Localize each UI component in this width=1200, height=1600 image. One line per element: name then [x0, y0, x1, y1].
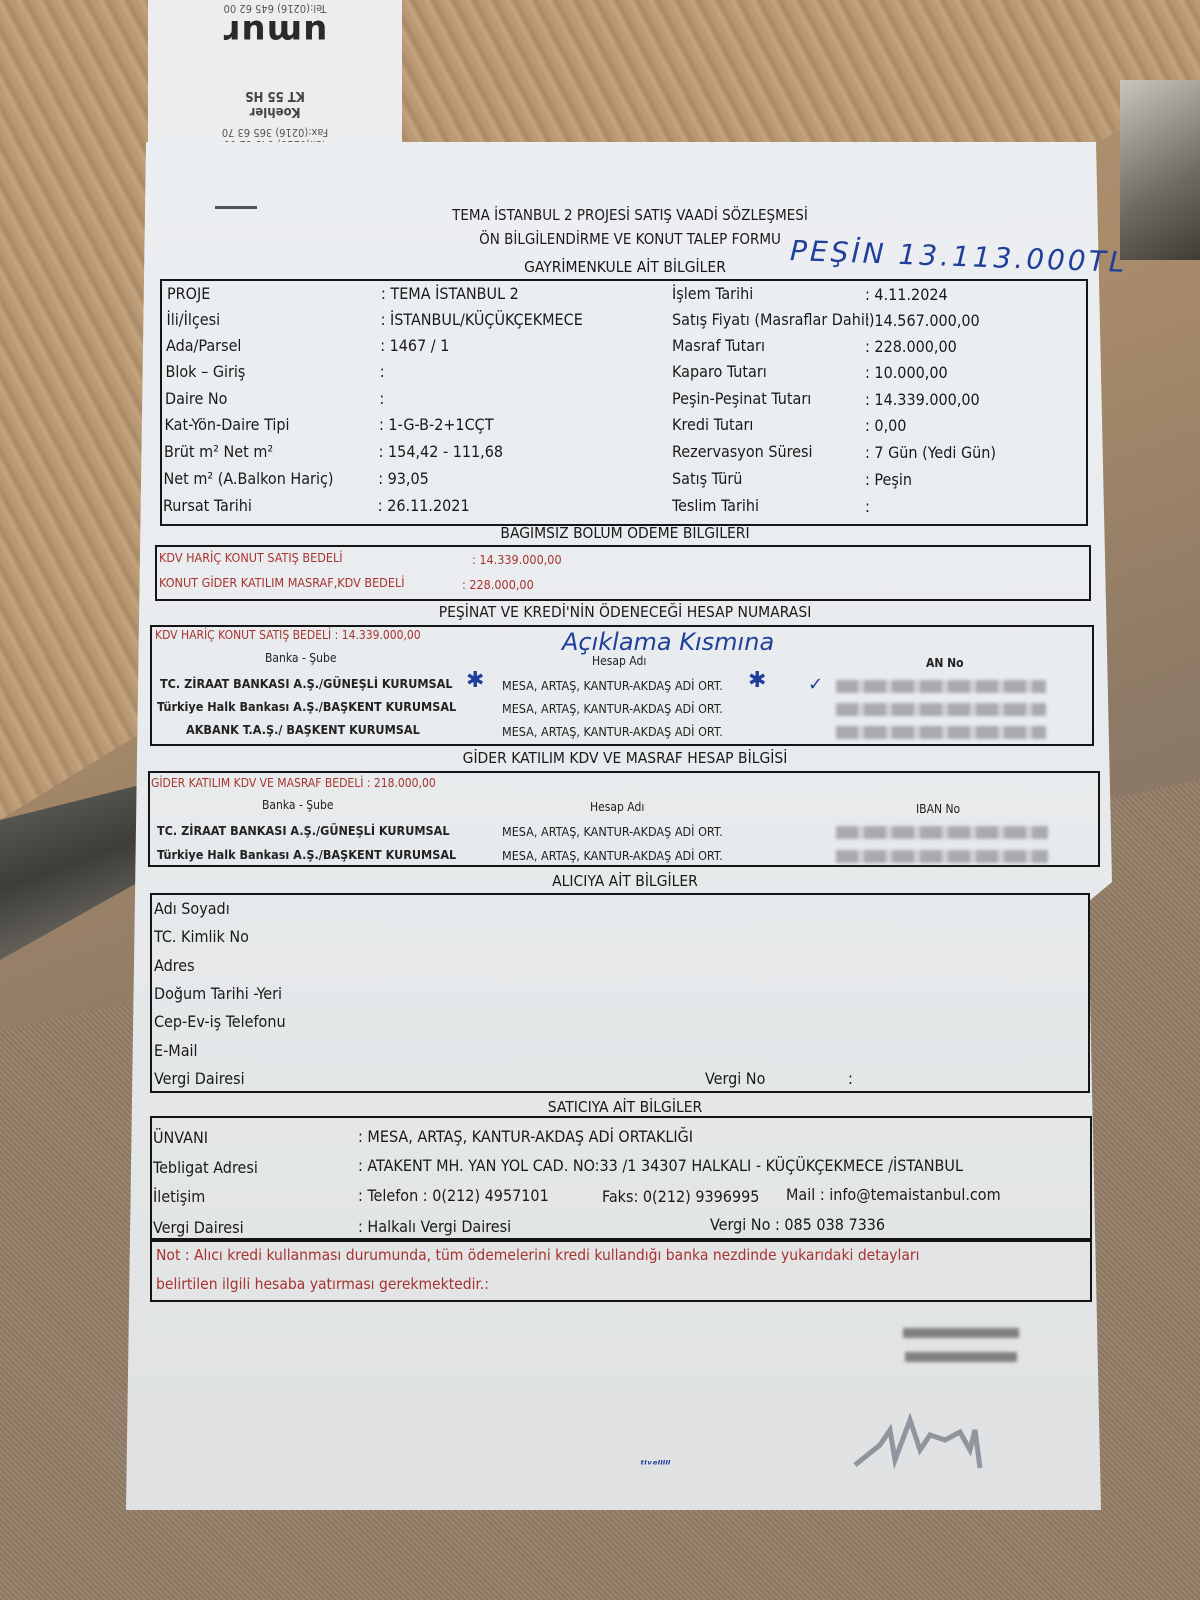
seller-address-value: : ATAKENT MH. YAN YOL CAD. NO:33 /1 3430…: [358, 1156, 963, 1175]
property-value: : Peşin: [865, 470, 912, 489]
property-value: : 228.000,00: [865, 337, 957, 356]
account-number-redacted: [836, 703, 1046, 716]
expense-header-account: Hesap Adı: [590, 800, 644, 814]
accounts-header-account: Hesap Adı: [592, 654, 646, 668]
property-label: Kaparo Tutarı: [672, 362, 767, 381]
property-value: : 26.11.2021: [378, 496, 470, 515]
payment-value-1: : 14.339.000,00: [472, 552, 562, 567]
property-label: Kredi Tutarı: [672, 415, 753, 434]
section-title-buyer: ALICIYA AİT BİLGİLER: [150, 872, 1100, 890]
document-title: TEMA İSTANBUL 2 PROJESİ SATIŞ VAADİ SÖZL…: [360, 206, 900, 224]
property-value: : TEMA İSTANBUL 2: [381, 284, 519, 303]
seller-mail: Mail : info@temaistanbul.com: [786, 1185, 1001, 1204]
expense-header-bank: Banka - Şube: [262, 798, 333, 812]
payment-label-2: KONUT GİDER KATILIM MASRAF,KDV BEDELİ: [159, 575, 405, 590]
property-label: Satış Fiyatı (Masraflar Dahil): [672, 310, 874, 329]
property-label: Daire No: [165, 389, 227, 408]
receipt-brand: umur: [148, 12, 402, 52]
accounts-header-bank: Banka - Şube: [265, 651, 336, 665]
pen-mark: [215, 206, 257, 209]
property-value: :: [380, 362, 385, 381]
property-label: Teslim Tarihi: [672, 496, 759, 515]
account-number-redacted: [836, 726, 1046, 739]
note-line-1: Not : Alıcı kredi kullanması durumunda, …: [156, 1246, 920, 1264]
property-value: : 93,05: [378, 469, 429, 488]
account-bank: Türkiye Halk Bankası A.Ş./BAŞKENT KURUMS…: [157, 699, 456, 714]
iban-redacted: [836, 850, 1048, 863]
receipt-paper: Koehler: [148, 104, 402, 119]
buyer-field-label: Vergi Dairesi: [154, 1069, 245, 1088]
expense-bank: Türkiye Halk Bankası A.Ş./BAŞKENT KURUMS…: [157, 847, 456, 862]
accounts-header-number: AN No: [926, 656, 964, 670]
property-value: : 14.339.000,00: [865, 390, 980, 409]
property-label: Rezervasyon Süresi: [672, 442, 813, 461]
ink-mark-2: ✱: [748, 668, 766, 693]
property-value: : 14.567.000,00: [865, 311, 980, 330]
property-label: Satış Türü: [672, 469, 742, 488]
property-label: Masraf Tutarı: [672, 336, 765, 355]
seller-tax-office: : Halkalı Vergi Dairesi: [358, 1217, 511, 1236]
signature-scribble: [850, 1390, 1010, 1470]
property-value: :: [865, 497, 870, 516]
payment-value-2: : 228.000,00: [462, 577, 534, 592]
seller-tax-no: Vergi No : 085 038 7336: [710, 1215, 885, 1234]
seller-title-value: : MESA, ARTAŞ, KANTUR-AKDAŞ ADİ ORTAKLIĞ…: [358, 1127, 693, 1146]
note-line-2: belirtilen ilgili hesaba yatırması gerek…: [156, 1275, 489, 1293]
account-name: MESA, ARTAŞ, KANTUR-AKDAŞ ADİ ORT.: [502, 701, 723, 716]
account-bank: AKBANK T.A.Ş./ BAŞKENT KURUMSAL: [186, 722, 420, 737]
expense-account-name: MESA, ARTAŞ, KANTUR-AKDAŞ ADİ ORT.: [502, 848, 723, 863]
buyer-field-label: E-Mail: [154, 1041, 198, 1060]
property-label: Ada/Parsel: [166, 336, 241, 355]
property-value: : 1-G-B-2+1CÇT: [379, 415, 493, 434]
property-label: Kat-Yön-Daire Tipi: [165, 415, 290, 434]
buyer-field-label: TC. Kimlik No: [154, 927, 249, 946]
property-value: : 154,42 - 111,68: [379, 442, 503, 461]
property-value: : 0,00: [865, 416, 906, 435]
seller-tax-office-label: Vergi Dairesi: [153, 1218, 244, 1237]
buyer-box: [150, 893, 1090, 1093]
property-label: İşlem Tarihi: [672, 284, 753, 303]
section-title-property: GAYRİMENKULE AİT BİLGİLER: [150, 258, 1100, 276]
property-label: İli/İlçesi: [167, 310, 221, 329]
property-label: Peşin-Peşinat Tutarı: [672, 389, 811, 408]
section-title-seller: SATICIYA AİT BİLGİLER: [150, 1098, 1100, 1116]
property-value: : İSTANBUL/KÜÇÜKÇEKMECE: [381, 310, 583, 329]
buyer-field-label: Cep-Ev-iş Telefonu: [154, 1012, 286, 1031]
seller-contact-label: İletişim: [153, 1187, 205, 1206]
buyer-tax-no-label: Vergi No: [705, 1069, 765, 1088]
account-name: MESA, ARTAŞ, KANTUR-AKDAŞ ADİ ORT.: [502, 678, 723, 693]
account-bank: TC. ZİRAAT BANKASI A.Ş./GÜNEŞLİ KURUMSAL: [160, 676, 453, 691]
expense-header-number: IBAN No: [916, 802, 960, 816]
seller-title-label: ÜNVANI: [153, 1128, 208, 1147]
receipt-paper-code: KT 55 HS: [148, 88, 402, 103]
footer-stamp: ᵗᴵᵛᵉᴵᴵᴵᴵᴵ: [640, 1458, 671, 1471]
seller-phone: : Telefon : 0(212) 4957101: [358, 1186, 549, 1205]
ink-mark-1: ✱: [466, 668, 484, 693]
handwritten-description: Açıklama Kısmına: [562, 628, 774, 656]
signature-label-redacted: [903, 1328, 1019, 1338]
buyer-field-label: Doğum Tarihi -Yeri: [154, 984, 282, 1003]
expense-account-name: MESA, ARTAŞ, KANTUR-AKDAŞ ADİ ORT.: [502, 824, 723, 839]
section-title-accounts: PEŞİNAT VE KREDİ'NİN ÖDENECEĞİ HESAP NUM…: [150, 603, 1100, 621]
property-label: Brüt m² Net m²: [164, 442, 273, 461]
property-value: : 4.11.2024: [865, 285, 948, 304]
section-title-payment: BAĞIMSIZ BÖLÜM ÖDEME BİLGİLERİ: [150, 524, 1100, 542]
section-title-expense: GİDER KATILIM KDV VE MASRAF HESAP BİLGİS…: [150, 749, 1100, 767]
account-number-redacted: [836, 680, 1046, 693]
buyer-tax-no-value[interactable]: :: [848, 1069, 853, 1088]
payment-label-1: KDV HARİÇ KONUT SATIŞ BEDELİ: [159, 550, 343, 565]
buyer-field-label: Adres: [154, 956, 195, 975]
accounts-amount: KDV HARİÇ KONUT SATIŞ BEDELİ : 14.339.00…: [155, 628, 421, 642]
seller-address-label: Tebligat Adresi: [153, 1158, 258, 1177]
property-label: PROJE: [167, 284, 210, 303]
property-label: Blok – Giriş: [166, 362, 246, 381]
property-value: :: [379, 389, 384, 408]
property-value: : 7 Gün (Yedi Gün): [865, 443, 996, 462]
signature-name-redacted: [905, 1352, 1017, 1362]
buyer-field-label: Adı Soyadı: [154, 899, 230, 918]
iban-redacted: [836, 826, 1048, 839]
seller-fax: Faks: 0(212) 9396995: [602, 1187, 759, 1206]
property-label: Net m² (A.Balkon Hariç): [164, 469, 334, 488]
property-value: : 10.000,00: [865, 363, 948, 382]
metal-edge-right: [1120, 80, 1200, 260]
account-name: MESA, ARTAŞ, KANTUR-AKDAŞ ADİ ORT.: [502, 724, 723, 739]
expense-bank: TC. ZİRAAT BANKASI A.Ş./GÜNEŞLİ KURUMSAL: [157, 823, 450, 838]
expense-amount: GİDER KATILIM KDV VE MASRAF BEDELİ : 218…: [151, 776, 436, 790]
property-label: Rursat Tarihi: [163, 496, 252, 515]
ink-mark-3: ✓: [808, 674, 823, 695]
property-value: : 1467 / 1: [380, 336, 449, 355]
